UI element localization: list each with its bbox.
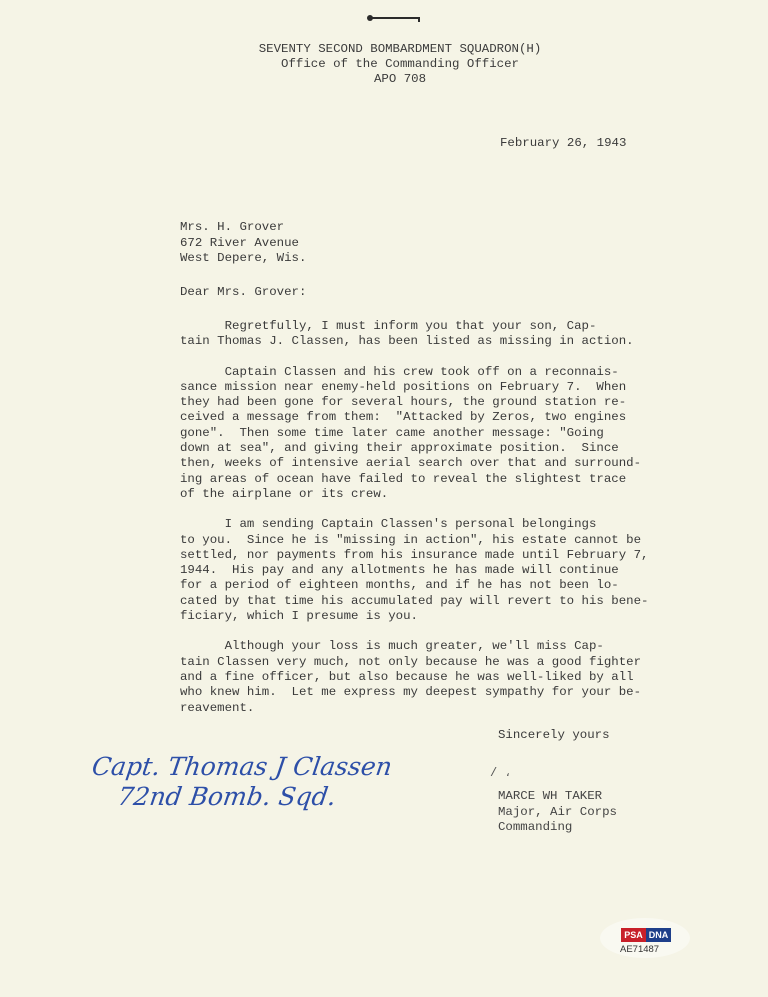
closing: Sincerely yours: [498, 728, 610, 742]
letter-paragraph: Although your loss is much greater, we'l…: [180, 639, 630, 715]
paragraph-line: gone". Then some time later came another…: [180, 426, 630, 441]
letter-body: Regretfully, I must inform you that your…: [180, 319, 630, 731]
recipient-name: Mrs. H. Grover: [180, 220, 306, 236]
paragraph-line: sance mission near enemy-held positions …: [180, 380, 630, 395]
signer-name: MARCE WH TAKER: [498, 789, 617, 805]
salutation: Dear Mrs. Grover:: [180, 285, 306, 299]
letter-page: SEVENTY SECOND BOMBARDMENT SQUADRON(H) O…: [0, 0, 768, 997]
signature-marks: / ،: [490, 765, 512, 780]
paragraph-line: they had been gone for several hours, th…: [180, 395, 630, 410]
paragraph-line: 1944. His pay and any allotments he has …: [180, 563, 630, 578]
paragraph-line: for a period of eighteen months, and if …: [180, 578, 630, 593]
letter-paragraph: I am sending Captain Classen's personal …: [180, 517, 630, 624]
dna-logo-text: DNA: [646, 928, 671, 942]
paragraph-line: settled, nor payments from his insurance…: [180, 548, 630, 563]
pin-mark-decoration: [370, 17, 418, 19]
paragraph-line: Although your loss is much greater, we'l…: [180, 639, 630, 654]
paragraph-line: then, weeks of intensive aerial search o…: [180, 456, 630, 471]
letterhead: SEVENTY SECOND BOMBARDMENT SQUADRON(H) O…: [230, 42, 570, 87]
paragraph-line: down at sea", and giving their approxima…: [180, 441, 630, 456]
psa-dna-logo: PSA DNA: [621, 928, 671, 942]
signer-title: Commanding: [498, 820, 617, 836]
paragraph-line: and a fine officer, but also because he …: [180, 670, 630, 685]
autograph-line-2: 72nd Bomb. Sqd.: [86, 782, 390, 812]
paragraph-line: to you. Since he is "missing in action",…: [180, 533, 630, 548]
handwritten-autograph: Capt. Thomas J Classen 72nd Bomb. Sqd.: [86, 752, 394, 812]
recipient-street: 672 River Avenue: [180, 236, 306, 252]
paragraph-line: cated by that time his accumulated pay w…: [180, 594, 630, 609]
letterhead-apo: APO 708: [230, 72, 570, 87]
paragraph-line: Regretfully, I must inform you that your…: [180, 319, 630, 334]
paragraph-line: ing areas of ocean have failed to reveal…: [180, 472, 630, 487]
letter-paragraph: Captain Classen and his crew took off on…: [180, 365, 630, 503]
paragraph-line: ficiary, which I presume is you.: [180, 609, 630, 624]
signer-rank: Major, Air Corps: [498, 805, 617, 821]
letterhead-office: Office of the Commanding Officer: [230, 57, 570, 72]
paragraph-line: I am sending Captain Classen's personal …: [180, 517, 630, 532]
certification-number: AE71487: [620, 944, 659, 955]
paragraph-line: reavement.: [180, 701, 630, 716]
paragraph-line: tain Thomas J. Classen, has been listed …: [180, 334, 630, 349]
paragraph-line: Captain Classen and his crew took off on…: [180, 365, 630, 380]
paragraph-line: ceived a message from them: "Attacked by…: [180, 410, 630, 425]
psa-logo-text: PSA: [621, 928, 646, 942]
paragraph-line: who knew him. Let me express my deepest …: [180, 685, 630, 700]
recipient-address: Mrs. H. Grover 672 River Avenue West Dep…: [180, 220, 306, 267]
letterhead-squadron: SEVENTY SECOND BOMBARDMENT SQUADRON(H): [230, 42, 570, 57]
paragraph-line: tain Classen very much, not only because…: [180, 655, 630, 670]
recipient-city: West Depere, Wis.: [180, 251, 306, 267]
signer-block: MARCE WH TAKER Major, Air Corps Commandi…: [498, 789, 617, 836]
letter-paragraph: Regretfully, I must inform you that your…: [180, 319, 630, 350]
paragraph-line: of the airplane or its crew.: [180, 487, 630, 502]
letter-date: February 26, 1943: [500, 136, 626, 150]
autograph-line-1: Capt. Thomas J Classen: [90, 752, 394, 781]
